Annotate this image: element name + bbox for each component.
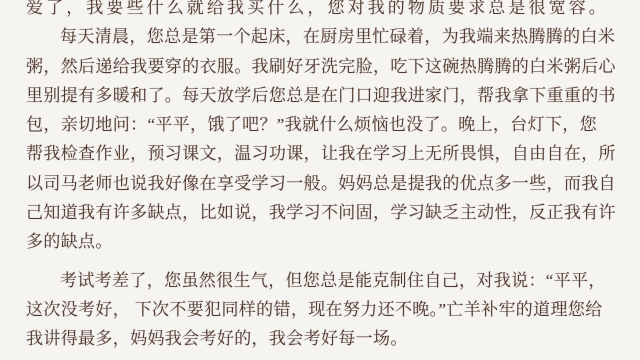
text-block: 爱了，我要些什么就给我买什么，您对我的物质要求总是很宽容。每天清晨，您总是第一个… <box>0 0 640 354</box>
text-line: 考试考差了，您虽然很生气，但您总是能克制住自己，对我说：“平平， <box>26 266 632 295</box>
text-line: 以司马老师也说我好像在享受学习一般。妈妈总是提我的优点多一些，而我自 <box>26 169 632 198</box>
document-page: 爱了，我要些什么就给我买什么，您对我的物质要求总是很宽容。每天清晨，您总是第一个… <box>0 0 640 360</box>
text-line: 里别提有多暖和了。每天放学后您总是在门口迎我进家门，帮我拿下重重的书 <box>26 81 632 110</box>
text-line: 我讲得最多，妈妈我会考好的，我会考好每一场。 <box>26 324 632 353</box>
text-line: 包，亲切地问：“平平，饿了吧？”我就什么烦恼也没了。晚上，台灯下，您 <box>26 110 632 139</box>
text-line: 己知道我有许多缺点，比如说，我学习不问固，学习缺乏主动性，反正我有许 <box>26 198 632 227</box>
text-line: 帮我检查作业，预习课文，温习功课，让我在学习上无所畏惧，自由自在，所 <box>26 139 632 168</box>
text-line: 每天清晨，您总是第一个起床，在厨房里忙碌着，为我端来热腾腾的白米 <box>26 22 632 51</box>
text-line: 这次没考好， 下次不要犯同样的错，现在努力还不晚。”亡羊补牢的道理您给 <box>26 295 632 324</box>
text-line: 爱了，我要些什么就给我买什么，您对我的物质要求总是很宽容。 <box>26 0 632 22</box>
text-line: 多的缺点。 <box>26 227 632 256</box>
text-line: 粥，然后递给我要穿的衣服。我刷好牙洗完脸，吃下这碗热腾腾的白米粥后心 <box>26 52 632 81</box>
